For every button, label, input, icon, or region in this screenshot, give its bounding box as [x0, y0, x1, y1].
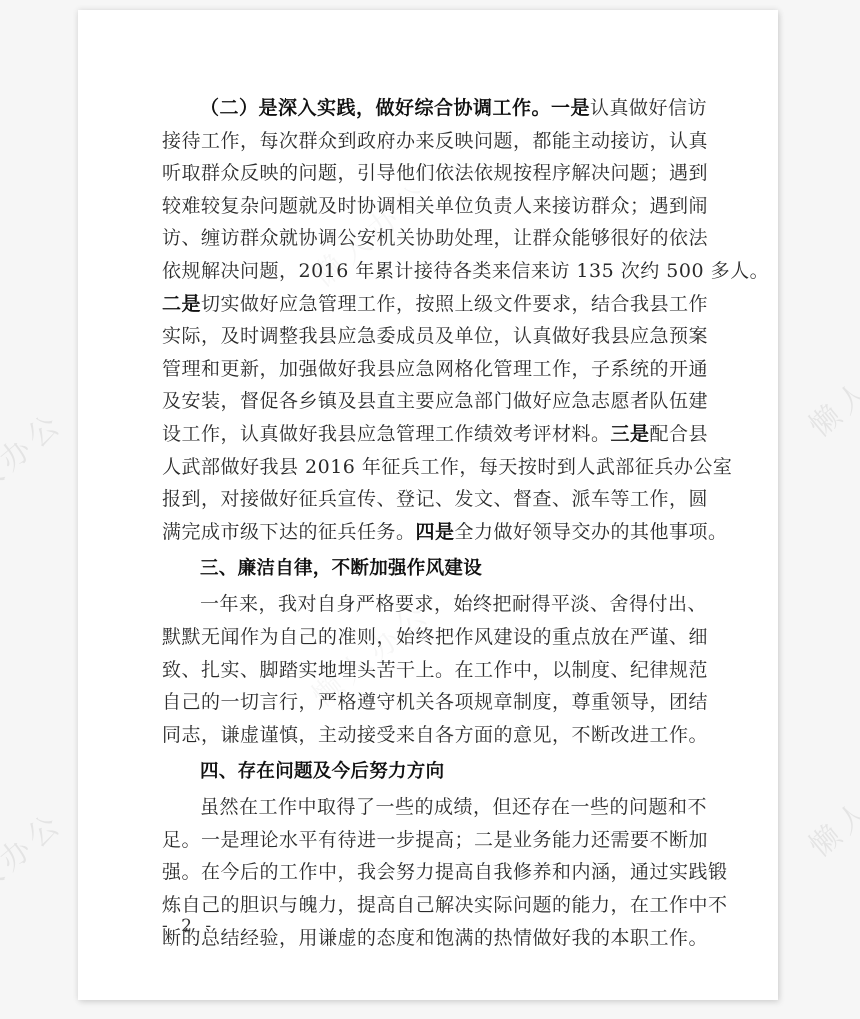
document-page: 懒人办公 懒人办公 （二）是深入实践，做好综合协调工作。一是认真做好信访 接待工…	[78, 10, 778, 1000]
watermark: 懒人办公	[0, 399, 71, 525]
text-line: 接待工作，每次群众到政府办来反映问题，都能主动接访，认真	[162, 125, 698, 158]
section-heading-problems: 四、存在问题及今后努力方向	[162, 753, 698, 791]
text-line: 默默无闻作为自己的准则，始终把作风建设的重点放在严谨、细	[162, 621, 698, 654]
document-viewer: 懒人办公 懒人办公 懒人办公 懒人办公 懒人办公 懒人办公 （二）是深入实践，做…	[0, 0, 860, 1019]
watermark: 懒人办公	[0, 799, 71, 925]
text-line: 炼自己的胆识与魄力，提高自己解决实际问题的能力，在工作中不	[162, 889, 698, 922]
text-line: 依规解决问题，2016 年累计接待各类来信来访 135 次约 500 多人。	[162, 255, 698, 288]
text-line: 较难较复杂问题就及时协调相关单位负责人来接访群众；遇到闹	[162, 190, 698, 223]
text-run: 满完成市级下达的征兵任务。	[162, 521, 416, 543]
text-line: 访、缠访群众就协调公安机关协助处理，让群众能够很好的依法	[162, 222, 698, 255]
text-line: 设工作，认真做好我县应急管理工作绩效考评材料。三是配合县	[162, 418, 698, 451]
text-line: 管理和更新，加强做好我县应急网格化管理工作，子系统的开通	[162, 353, 698, 386]
page-number: - 2 -	[162, 916, 215, 936]
paragraph-problems: 虽然在工作中取得了一些的成绩，但还存在一些的问题和不 足。一是理论水平有待进一步…	[162, 791, 698, 954]
section-heading-integrity: 三、廉洁自律，不断加强作风建设	[162, 550, 698, 588]
paragraph-integrity: 一年来，我对自身严格要求，始终把耐得平淡、舍得付出、 默默无闻作为自己的准则，始…	[162, 588, 698, 751]
text-run: 认真做好信访	[590, 97, 707, 119]
text-run: 配合县	[650, 423, 709, 445]
bold-lead: 四是	[416, 521, 455, 543]
text-line: 致、扎实、脚踏实地埋头苦干上。在工作中，以制度、纪律规范	[162, 654, 698, 687]
text-run: 全力做好领导交办的其他事项。	[455, 521, 728, 543]
text-line: 听取群众反映的问题，引导他们依法依规按程序解决问题；遇到	[162, 157, 698, 190]
document-body: （二）是深入实践，做好综合协调工作。一是认真做好信访 接待工作，每次群众到政府办…	[162, 92, 698, 954]
text-run: 设工作，认真做好我县应急管理工作绩效考评材料。	[162, 423, 611, 445]
text-line: 断的总结经验，用谦虚的态度和饱满的热情做好我的本职工作。	[162, 922, 698, 955]
text-line: 足。一是理论水平有待进一步提高；二是业务能力还需要不断加	[162, 824, 698, 857]
text-line: 二是切实做好应急管理工作，按照上级文件要求，结合我县工作	[162, 288, 698, 321]
bold-lead: 三是	[611, 423, 650, 445]
text-line: 自己的一切言行，严格遵守机关各项规章制度，尊重领导，团结	[162, 686, 698, 719]
text-line: 同志，谦虚谨慎，主动接受来自各方面的意见，不断改进工作。	[162, 719, 698, 752]
text-line: 人武部做好我县 2016 年征兵工作，每天按时到人武部征兵办公室	[162, 451, 698, 484]
text-line: 虽然在工作中取得了一些的成绩，但还存在一些的问题和不	[162, 791, 698, 824]
text-line: 一年来，我对自身严格要求，始终把耐得平淡、舍得付出、	[162, 588, 698, 621]
text-line: 报到，对接做好征兵宣传、登记、发文、督查、派车等工作，圆	[162, 483, 698, 516]
text-run: 切实做好应急管理工作，按照上级文件要求，结合我县工作	[201, 293, 708, 315]
text-line: 实际，及时调整我县应急委成员及单位，认真做好我县应急预案	[162, 320, 698, 353]
watermark: 懒人办公	[798, 739, 860, 865]
text-line: 及安装，督促各乡镇及县直主要应急部门做好应急志愿者队伍建	[162, 385, 698, 418]
paragraph-coordination: （二）是深入实践，做好综合协调工作。一是认真做好信访 接待工作，每次群众到政府办…	[162, 92, 698, 548]
text-line: （二）是深入实践，做好综合协调工作。一是认真做好信访	[162, 92, 698, 125]
bold-lead: 二是	[162, 293, 201, 315]
text-line: 强。在今后的工作中，我会努力提高自我修养和内涵，通过实践锻	[162, 856, 698, 889]
text-line: 满完成市级下达的征兵任务。四是全力做好领导交办的其他事项。	[162, 516, 698, 549]
watermark: 懒人办公	[798, 319, 860, 445]
bold-lead: （二）是深入实践，做好综合协调工作。一是	[200, 97, 590, 119]
